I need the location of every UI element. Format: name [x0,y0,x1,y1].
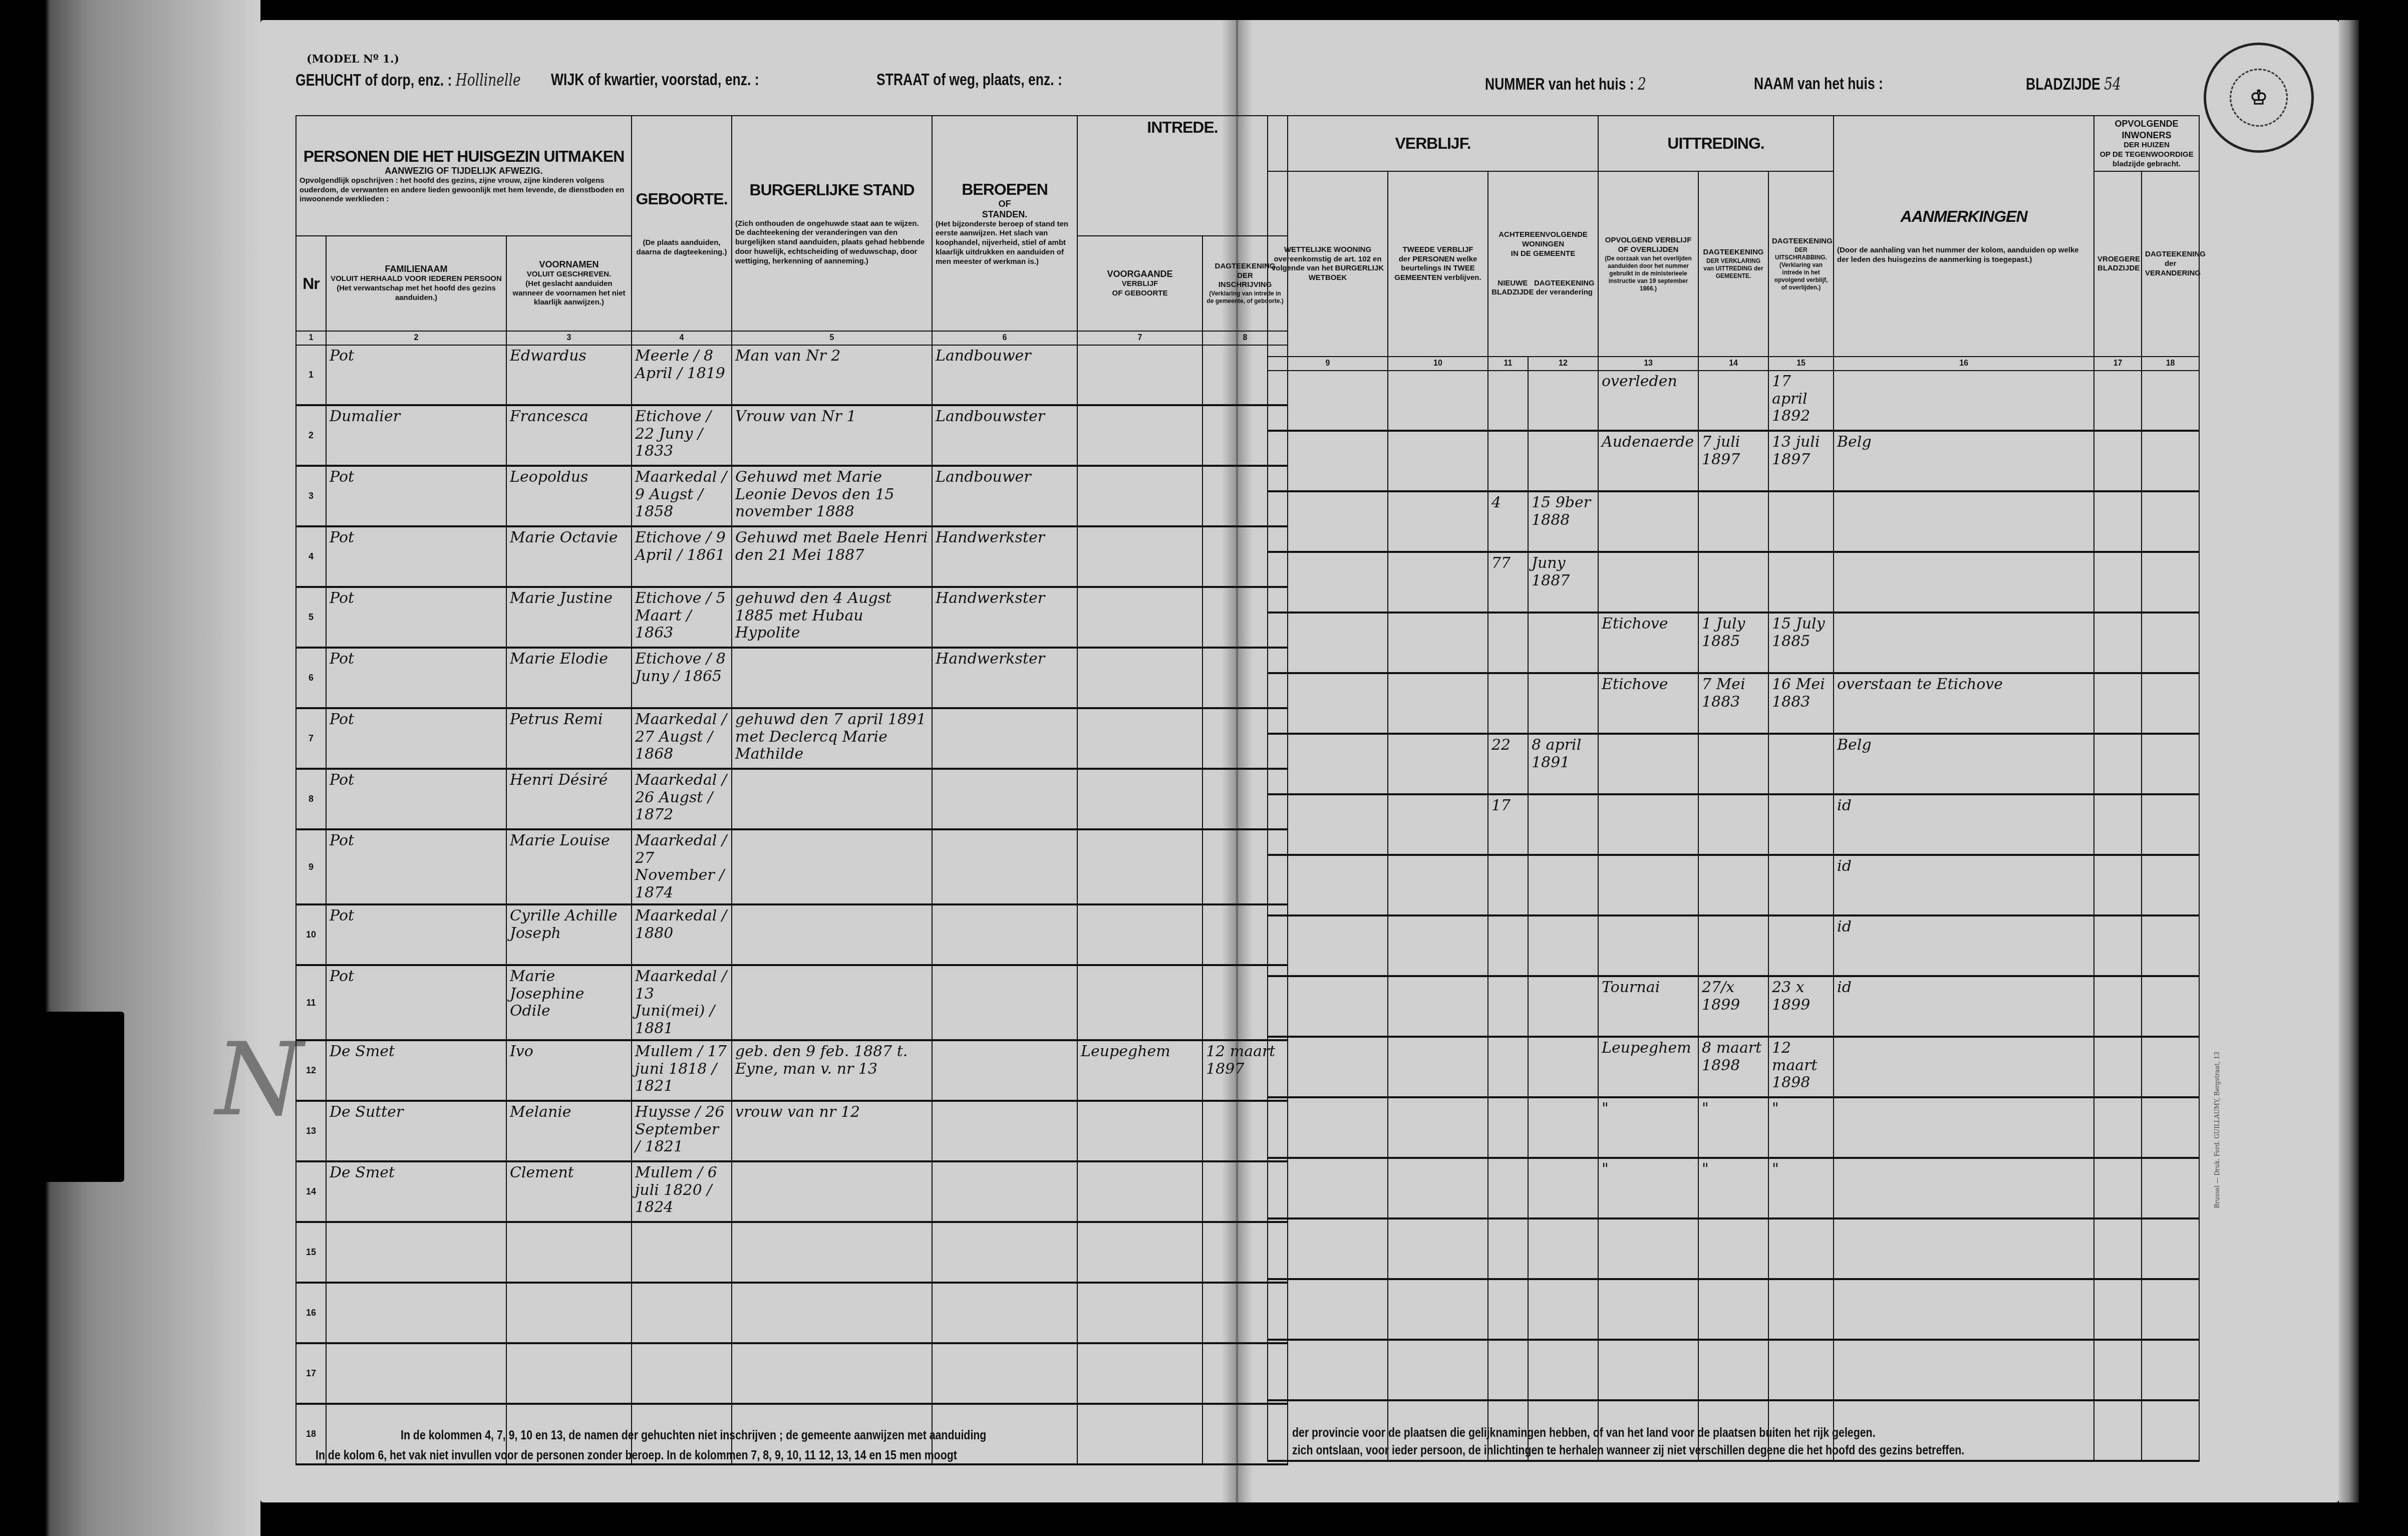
beroepen-header: BEROEPEN OF STANDEN. (Het bijzonderste b… [932,116,1077,331]
cell-vroegere [2094,1158,2142,1218]
col-num: 16 [1834,357,2094,371]
opvolgende-sub2: OP DE TEGENWOORDIGE [2097,150,2196,160]
cell-dagt-uitschrabbing [1768,1279,1834,1340]
cell-familienaam: De Smet [326,1040,506,1101]
cell-tweede [1388,431,1488,491]
cell-dagt-verklaring: 8 maart 1898 [1698,1037,1768,1097]
cell-familienaam: Pot [326,466,506,526]
uittreding-title: UITTREDING. [1602,134,1830,153]
register-row-right: id [1268,915,2199,976]
cell-dagt-verandering [1528,673,1598,734]
cell-dagt-uitschrabbing [1768,855,1834,915]
cell-dagt-uitschrabbing: 15 July 1885 [1768,612,1834,673]
cell-tweede [1388,1037,1488,1097]
footnote-right-2: zich ontslaan, voor ieder persoon, de in… [1292,1442,1964,1458]
cell-tweede [1388,491,1488,552]
cell-familienaam: Pot [326,904,506,965]
municipal-stamp: ♔ [2204,43,2314,153]
column-number-row-left: 1 2 3 4 5 6 7 8 [296,331,1288,345]
voorgaande-sub: VERBLIJF [1081,279,1199,289]
wettelijke-header: WETTELIJKE WOONING overeenkomstig de art… [1268,171,1388,357]
register-row-right: Tournai27/x 189923 x 1899id [1268,976,2199,1037]
cell-opvolgend: overleden [1598,371,1698,431]
achtereen-sub: WONINGEN [1491,240,1595,249]
register-row-left: 15 [296,1222,1288,1283]
cell-beroep: Landbouwer [932,345,1077,405]
footnote-right-1: der provincie voor de plaatsen die gelij… [1292,1425,1876,1440]
personen-note: Opvolgendlijk opschrijven : het hoofd de… [299,176,628,204]
cell-voorgaande [1077,345,1202,405]
cell-geboorte: Maarkedal / 27 Augst / 1868 [632,708,732,769]
cell-wettelijk [1268,371,1388,431]
cell-opvolgend: Leupeghem [1598,1037,1698,1097]
cell-tweede [1388,734,1488,794]
cell-tweede [1388,915,1488,976]
opvolgende-inwoners-header: OPVOLGENDE INWONERS DER HUIZEN OP DE TEG… [2094,116,2199,171]
register-row-left: 4PotMarie OctavieEtichove / 9 April / 18… [296,526,1288,587]
cell-nieuwe-bladzijde: 77 [1488,552,1528,612]
register-row-right: Etichove1 July 188515 July 1885 [1268,612,2199,673]
cell-voorgaande [1077,965,1202,1040]
register-row-right: 228 april 1891Belg [1268,734,2199,794]
register-row-right: overleden17 april 1892 [1268,371,2199,431]
cell-dagt-verandering: Juny 1887 [1528,552,1598,612]
cell-dagt-verandering: 15 9ber 1888 [1528,491,1598,552]
cell-opvolgend [1598,1340,1698,1400]
cell-burgerlijke: gehuwd den 4 Augst 1885 met Hubau Hypoli… [732,587,932,648]
burgerlijke-title: BURGERLIJKE STAND [735,181,929,199]
cell-dagt-uitschrabbing [1768,794,1834,855]
cell-burgerlijke [732,1343,932,1404]
col-num: 4 [632,331,732,345]
cell-beroep: Landbouwer [932,466,1077,526]
cell-vroegere [2094,1400,2142,1461]
register-row-left: 17 [296,1343,1288,1404]
cell-dagt-verandering [1528,1218,1598,1279]
cell-dagt-18 [2142,1400,2199,1461]
aanmerkingen-title: AANMERKINGEN [1837,207,2090,226]
cell-beroep [932,1101,1077,1161]
cell-burgerlijke [732,1283,932,1343]
cell-wettelijk [1268,431,1388,491]
footnote-left-2: In de kolom 6, het vak niet invullen voo… [316,1447,957,1463]
cell-familienaam: De Sutter [326,1101,506,1161]
cell-voorgaande [1077,1101,1202,1161]
col-num: 17 [2094,357,2142,371]
opvolgend-title: OPVOLGEND VERBLIJF OF OVERLIJDEN [1602,236,1695,255]
cell-vroegere [2094,734,2142,794]
register-row-left: 16 [296,1283,1288,1343]
cell-aanmerkingen [1834,1037,2094,1097]
cell-geboorte [632,1222,732,1283]
cell-vroegere [2094,371,2142,431]
cell-geboorte [632,1283,732,1343]
cell-vroegere [2094,1037,2142,1097]
cell-voornamen [506,1283,632,1343]
cell-opvolgend [1598,552,1698,612]
burgerlijke-note: (Zich onthouden de ongehuwde staat aan t… [735,219,929,266]
wettelijke-title: WETTELIJKE WOONING [1271,245,1384,255]
personen-sub: AANWEZIG OF TIJDELIJK AFWEZIG. [299,166,628,176]
col-num: 15 [1768,357,1834,371]
cell-voornamen: Marie Louise [506,829,632,904]
opvolgende-sub: DER HUIZEN [2097,141,2196,150]
register-row-left: 6PotMarie ElodieEtichove / 8 Juny / 1865… [296,648,1288,708]
col-num: 6 [932,331,1077,345]
cell-vroegere [2094,1279,2142,1340]
cell-dagt-uitschrabbing: 13 juli 1897 [1768,431,1834,491]
register-row-left: 10PotCyrille Achille JosephMaarkedal / 1… [296,904,1288,965]
cell-beroep [932,829,1077,904]
nr-title: Nr [299,274,323,293]
col-num: 3 [506,331,632,345]
cell-vroegere [2094,612,2142,673]
tweede-note: der PERSONEN welke beurtelings IN TWEE G… [1391,255,1484,283]
dagt-uitschrabbing-header: DAGTEEKENING DER UITSCHRABBING. (Verklar… [1768,171,1834,357]
cell-dagt-18 [2142,552,2199,612]
gehucht-value: Hollinelle [456,70,521,90]
bladzijde-value: 54 [2104,74,2121,94]
vroegere-title: VROEGERE [2097,255,2138,264]
cell-dagt-verandering [1528,1097,1598,1158]
naam-label: NAAM van het huis : [1754,74,1883,94]
cell-tweede [1388,855,1488,915]
cell-dagt-18 [2142,915,2199,976]
register-row-left: 5PotMarie JustineEtichove / 5 Maart / 18… [296,587,1288,648]
achtereen-sub2: IN DE GEMEENTE [1491,249,1595,259]
footnote-left-1: In de kolommen 4, 7, 9, 10 en 13, de nam… [401,1427,986,1443]
cell-dagt-verandering [1528,431,1598,491]
nummer-label: NUMMER van het huis : [1485,75,1634,94]
cell-nr: 14 [296,1161,326,1222]
cell-dagt-uitschrabbing [1768,552,1834,612]
cell-dagt-verandering [1528,915,1598,976]
cell-voornamen: Leopoldus [506,466,632,526]
cell-burgerlijke: Gehuwd met Baele Henri den 21 Mei 1887 [732,526,932,587]
verklaring-note: DER VERKLARING van UITTREDING der GEMEEN… [1702,257,1765,280]
cell-aanmerkingen [1834,612,2094,673]
cell-vroegere [2094,1340,2142,1400]
cell-vroegere [2094,552,2142,612]
voorgaande-title: VOORGAANDE [1081,269,1199,279]
cell-beroep: Handwerkster [932,526,1077,587]
cell-vroegere [2094,1097,2142,1158]
cell-wettelijk [1268,915,1388,976]
cell-familienaam: Pot [326,829,506,904]
register-row-right [1268,1279,2199,1340]
familienaam-note: (Het verwantschap met het hoofd des gezi… [330,284,503,303]
gehucht-field: GEHUCHT of dorp, enz. : Hollinelle [295,70,521,90]
cell-dagt-uitschrabbing [1768,734,1834,794]
cell-beroep [932,1222,1077,1283]
cell-geboorte: Maarkedal / 9 Augst / 1858 [632,466,732,526]
cell-dagt-18 [2142,1340,2199,1400]
cell-beroep [932,1343,1077,1404]
cell-wettelijk [1268,552,1388,612]
register-row-left: 9PotMarie LouiseMaarkedal / 27 November … [296,829,1288,904]
aanmerkingen-header: AANMERKINGEN (Door de aanhaling van het … [1834,116,2094,357]
register-row-left: 14De SmetClementMullem / 6 juli 1820 / 1… [296,1161,1288,1222]
cell-familienaam [326,1222,506,1283]
verklaring-title: DAGTEEKENING [1702,248,1765,257]
cell-nieuwe-bladzijde [1488,855,1528,915]
cell-beroep: Handwerkster [932,648,1077,708]
cell-voornamen: Ivo [506,1040,632,1101]
cell-dagt-verandering [1528,976,1598,1037]
cell-nieuwe-bladzijde [1488,612,1528,673]
cell-burgerlijke: Gehuwd met Marie Leonie Devos den 15 nov… [732,466,932,526]
cell-aanmerkingen [1834,371,2094,431]
personen-title: PERSONEN DIE HET HUISGEZIN UITMAKEN [299,147,628,166]
register-table-left: PERSONEN DIE HET HUISGEZIN UITMAKEN AANW… [295,115,1288,1465]
beroepen-of: OF [936,199,1074,209]
gehucht-label: GEHUCHT of dorp, enz. : [295,71,452,90]
uitschrabbing-note: DER UITSCHRABBING. (Verklaring van intre… [1772,246,1830,291]
cell-nieuwe-bladzijde [1488,1218,1528,1279]
cell-familienaam: Dumalier [326,405,506,466]
cell-dagt-uitschrabbing: " [1768,1097,1834,1158]
cell-nr: 6 [296,648,326,708]
cell-beroep [932,769,1077,829]
cell-familienaam: De Smet [326,1161,506,1222]
cell-nieuwe-bladzijde [1488,915,1528,976]
cell-beroep [932,708,1077,769]
cell-beroep: Handwerkster [932,587,1077,648]
col-num: 11 [1488,357,1528,371]
page-edge [2339,20,2359,1502]
cell-wettelijk [1268,1158,1388,1218]
cell-wettelijk [1268,491,1388,552]
cell-dagt-uitschrabbing [1768,1218,1834,1279]
burgerlijke-header: BURGERLIJKE STAND (Zich onthouden de ong… [732,116,932,331]
cell-aanmerkingen [1834,1279,2094,1340]
column-number-row-right: 9 10 11 12 13 14 15 16 17 18 [1268,357,2199,371]
cell-dagt-verklaring [1698,915,1768,976]
cell-geboorte: Etichove / 22 Juny / 1833 [632,405,732,466]
cell-wettelijk [1268,612,1388,673]
cell-wettelijk [1268,734,1388,794]
cell-geboorte: Maarkedal / 27 November / 1874 [632,829,732,904]
register-row-left: 1PotEdwardusMeerle / 8 April / 1819Man v… [296,345,1288,405]
cell-burgerlijke [732,1222,932,1283]
beroepen-note: (Het bijzonderste beroep of stand ten ee… [936,220,1074,267]
cell-dagt-verandering [1528,1279,1598,1340]
cell-aanmerkingen [1834,1218,2094,1279]
cell-vroegere [2094,794,2142,855]
cell-nr: 4 [296,526,326,587]
cell-geboorte: Maarkedal / 1880 [632,904,732,965]
cell-dagt-verandering: 8 april 1891 [1528,734,1598,794]
cell-geboorte: Maarkedal / 26 Augst / 1872 [632,769,732,829]
cell-nieuwe-bladzijde [1488,431,1528,491]
cell-nieuwe-bladzijde [1488,976,1528,1037]
pencil-mark: N [215,1022,303,1138]
cell-dagt-uitschrabbing: 17 april 1892 [1768,371,1834,431]
cell-opvolgend [1598,491,1698,552]
col-num: 1 [296,331,326,345]
cell-nr: 16 [296,1283,326,1343]
cell-wettelijk [1268,1037,1388,1097]
cell-dagt-18 [2142,431,2199,491]
register-row-right: 17id [1268,794,2199,855]
beroepen-standen: STANDEN. [936,209,1074,220]
cell-aanmerkingen [1834,552,2094,612]
cell-dagt-verandering [1528,612,1598,673]
register-row-right: id [1268,855,2199,915]
cell-vroegere [2094,855,2142,915]
cell-vroegere [2094,673,2142,734]
cell-tweede [1388,371,1488,431]
cell-geboorte: Mullem / 17 juni 1818 / 1821 [632,1040,732,1101]
cell-voorgaande [1077,829,1202,904]
register-row-right: Audenaerde7 juli 189713 juli 1897Belg [1268,431,2199,491]
cell-geboorte: Maarkedal / 13 Juni(mei) / 1881 [632,965,732,1040]
cell-beroep: Landbouwster [932,405,1077,466]
cell-burgerlijke: Man van Nr 2 [732,345,932,405]
voornamen-title: VOORNAMEN [510,259,628,270]
cell-dagt-18 [2142,371,2199,431]
cell-dagt-18 [2142,1097,2199,1158]
cell-aanmerkingen [1834,1340,2094,1400]
cell-dagt-verklaring: 7 Mei 1883 [1698,673,1768,734]
cell-familienaam: Pot [326,526,506,587]
cell-tweede [1388,794,1488,855]
col-num: 2 [326,331,506,345]
cell-beroep [932,965,1077,1040]
nummer-value: 2 [1638,74,1646,94]
cell-voornamen: Marie Octavie [506,526,632,587]
cell-nr: 7 [296,708,326,769]
cell-familienaam [326,1283,506,1343]
cell-dagt-verandering [1528,855,1598,915]
cell-wettelijk [1268,794,1388,855]
cell-dagt-18 [2142,673,2199,734]
cell-opvolgend [1598,1279,1698,1340]
dagt-verklaring-header: DAGTEEKENING DER VERKLARING van UITTREDI… [1698,171,1768,357]
cell-familienaam [326,1343,506,1404]
register-row-left: 8PotHenri DésiréMaarkedal / 26 Augst / 1… [296,769,1288,829]
verblijf-header: VERBLIJF. [1268,116,1598,171]
cell-aanmerkingen [1834,491,2094,552]
cell-wettelijk [1268,1279,1388,1340]
cell-dagt-verandering [1528,794,1598,855]
col-num: 7 [1077,331,1202,345]
geboorte-note: (De plaats aanduiden, daarna de dagteeke… [635,238,728,257]
cell-dagt-verandering [1528,1158,1598,1218]
cell-dagt-verklaring: 1 July 1885 [1698,612,1768,673]
vroegere-sub: BLADZIJDE [2097,264,2138,273]
cell-opvolgend [1598,915,1698,976]
register-row-left: 12De SmetIvoMullem / 17 juni 1818 / 1821… [296,1040,1288,1101]
opvolgend-header: OPVOLGEND VERBLIJF OF OVERLIJDEN (De oor… [1598,171,1698,357]
cell-nieuwe-bladzijde [1488,1037,1528,1097]
cell-dagt-verklaring [1698,552,1768,612]
cell-nr: 10 [296,904,326,965]
cell-aanmerkingen: id [1834,976,2094,1037]
cell-beroep [932,1161,1077,1222]
familienaam-sub: VOLUIT HERHAALD VOOR IEDEREN PERSOON [330,274,503,284]
cell-nr: 13 [296,1101,326,1161]
cell-opvolgend: Audenaerde [1598,431,1698,491]
cell-dagt-18 [2142,976,2199,1037]
cell-dagt-verandering [1528,1340,1598,1400]
col-num: 9 [1268,357,1388,371]
familienaam-header: FAMILIENAAM VOLUIT HERHAALD VOOR IEDEREN… [326,236,506,331]
cell-aanmerkingen: id [1834,794,2094,855]
cell-voornamen [506,1222,632,1283]
cell-voorgaande [1077,1404,1202,1464]
cell-tweede [1388,612,1488,673]
cell-dagt-uitschrabbing: 23 x 1899 [1768,976,1834,1037]
cell-nieuwe-bladzijde [1488,1279,1528,1340]
cell-familienaam: Pot [326,648,506,708]
register-row-right: 415 9ber 1888 [1268,491,2199,552]
geboorte-header: GEBOORTE. (De plaats aanduiden, daarna d… [632,116,732,331]
cell-dagt-18 [2142,855,2199,915]
cell-geboorte: Meerle / 8 April / 1819 [632,345,732,405]
wijk-label: WIJK of kwartier, voorstad, enz. : [551,70,759,90]
cell-voorgaande [1077,466,1202,526]
col-num: 18 [2142,357,2199,371]
register-row-left: 11PotMarie Josephine OdileMaarkedal / 13… [296,965,1288,1040]
cell-dagt-verklaring: " [1698,1158,1768,1218]
cell-burgerlijke [732,769,932,829]
cell-dagt-uitschrabbing [1768,915,1834,976]
cell-tweede [1388,552,1488,612]
col-num: 13 [1598,357,1698,371]
cell-nieuwe-bladzijde [1488,673,1528,734]
col-num: 5 [732,331,932,345]
cell-aanmerkingen: id [1834,855,2094,915]
cell-voorgaande [1077,526,1202,587]
opvolgende-sub3: bladzijde gebracht. [2097,160,2196,169]
cell-dagt-verklaring: " [1698,1097,1768,1158]
cell-wettelijk [1268,1218,1388,1279]
cell-voornamen: Henri Désiré [506,769,632,829]
cell-beroep [932,904,1077,965]
model-label: (MODEL Nº 1.) [307,53,399,66]
cell-nr: 2 [296,405,326,466]
achtereenvolgende-header: ACHTEREENVOLGENDE WONINGEN IN DE GEMEENT… [1488,171,1598,357]
cell-dagt-verklaring [1698,1218,1768,1279]
cell-burgerlijke [732,648,932,708]
cell-dagt-18 [2142,794,2199,855]
uitschrabbing-title: DAGTEEKENING [1772,237,1830,246]
cell-nr: 11 [296,965,326,1040]
cell-voorgaande [1077,904,1202,965]
geboorte-title: GEBOORTE. [635,190,728,208]
cell-dagt-verklaring [1698,794,1768,855]
cell-voorgaande [1077,1283,1202,1343]
cell-dagt-verklaring [1698,1279,1768,1340]
cell-burgerlijke [732,904,932,965]
cell-familienaam: Pot [326,965,506,1040]
cell-nr: 9 [296,829,326,904]
tweede-title: TWEEDE VERBLIJF [1391,245,1484,255]
cell-dagt-18 [2142,1279,2199,1340]
cell-burgerlijke [732,1161,932,1222]
lion-crest-icon: ♔ [2230,69,2288,127]
cell-geboorte: Etichove / 5 Maart / 1863 [632,587,732,648]
cell-dagt-verandering [1528,1037,1598,1097]
cell-vroegere [2094,976,2142,1037]
beroepen-title: BEROEPEN [936,180,1074,199]
cell-dagt-verklaring: 27/x 1899 [1698,976,1768,1037]
cell-opvolgend: " [1598,1097,1698,1158]
cell-voornamen: Marie Justine [506,587,632,648]
cell-tweede [1388,1279,1488,1340]
cell-burgerlijke: gehuwd den 7 april 1891 met Declercq Mar… [732,708,932,769]
